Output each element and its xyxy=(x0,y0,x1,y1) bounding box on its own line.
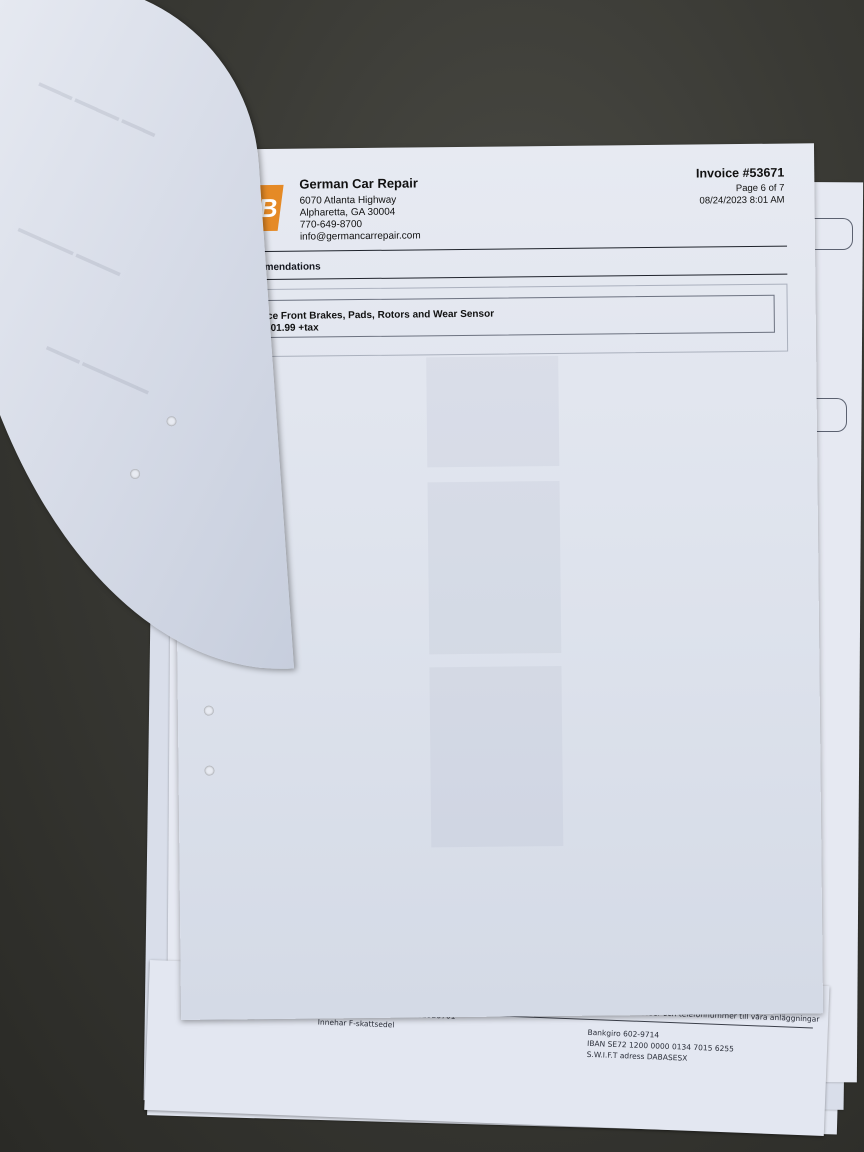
punch-hole xyxy=(166,416,177,427)
invoice-number: Invoice #53671 xyxy=(696,166,784,181)
header-divider xyxy=(228,246,787,253)
footer-bank-info: Bankgiro 602-9714 IBAN SE72 1200 0000 01… xyxy=(586,1027,734,1066)
curled-previous-page: ▬▬▬ ▬▬▬▬ ▬▬▬ ▬▬▬▬▬ ▬▬▬▬ ▬▬▬ ▬▬▬▬▬▬ xyxy=(0,0,294,690)
show-through-shadow xyxy=(429,666,563,847)
show-through-text: ▬▬▬ ▬▬▬▬ ▬▬▬ xyxy=(37,76,158,140)
recommendation-title: Replace Front Brakes, Pads, Rotors and W… xyxy=(240,309,494,323)
show-through-text: ▬▬▬▬▬ ▬▬▬▬ xyxy=(16,221,123,279)
invoice-meta: Invoice #53671 Page 6 of 7 08/24/2023 8:… xyxy=(696,166,785,207)
show-through-shadow xyxy=(427,481,561,654)
recommendations-box: Replace Front Brakes, Pads, Rotors and W… xyxy=(221,284,788,358)
show-through-shadow xyxy=(426,356,559,467)
page-number: Page 6 of 7 xyxy=(696,183,784,195)
company-email: info@germancarrepair.com xyxy=(300,230,421,243)
show-through-text: ▬▬▬ ▬▬▬▬▬▬ xyxy=(45,339,152,397)
recommendation-item: Replace Front Brakes, Pads, Rotors and W… xyxy=(231,295,775,339)
section-divider xyxy=(228,274,787,281)
punch-hole xyxy=(204,706,214,716)
company-name: German Car Repair xyxy=(299,175,420,191)
invoice-datetime: 08/24/2023 8:01 AM xyxy=(696,194,784,206)
punch-hole xyxy=(204,766,214,776)
punch-hole xyxy=(130,469,141,480)
company-info: German Car Repair 6070 Atlanta Highway A… xyxy=(299,175,420,243)
